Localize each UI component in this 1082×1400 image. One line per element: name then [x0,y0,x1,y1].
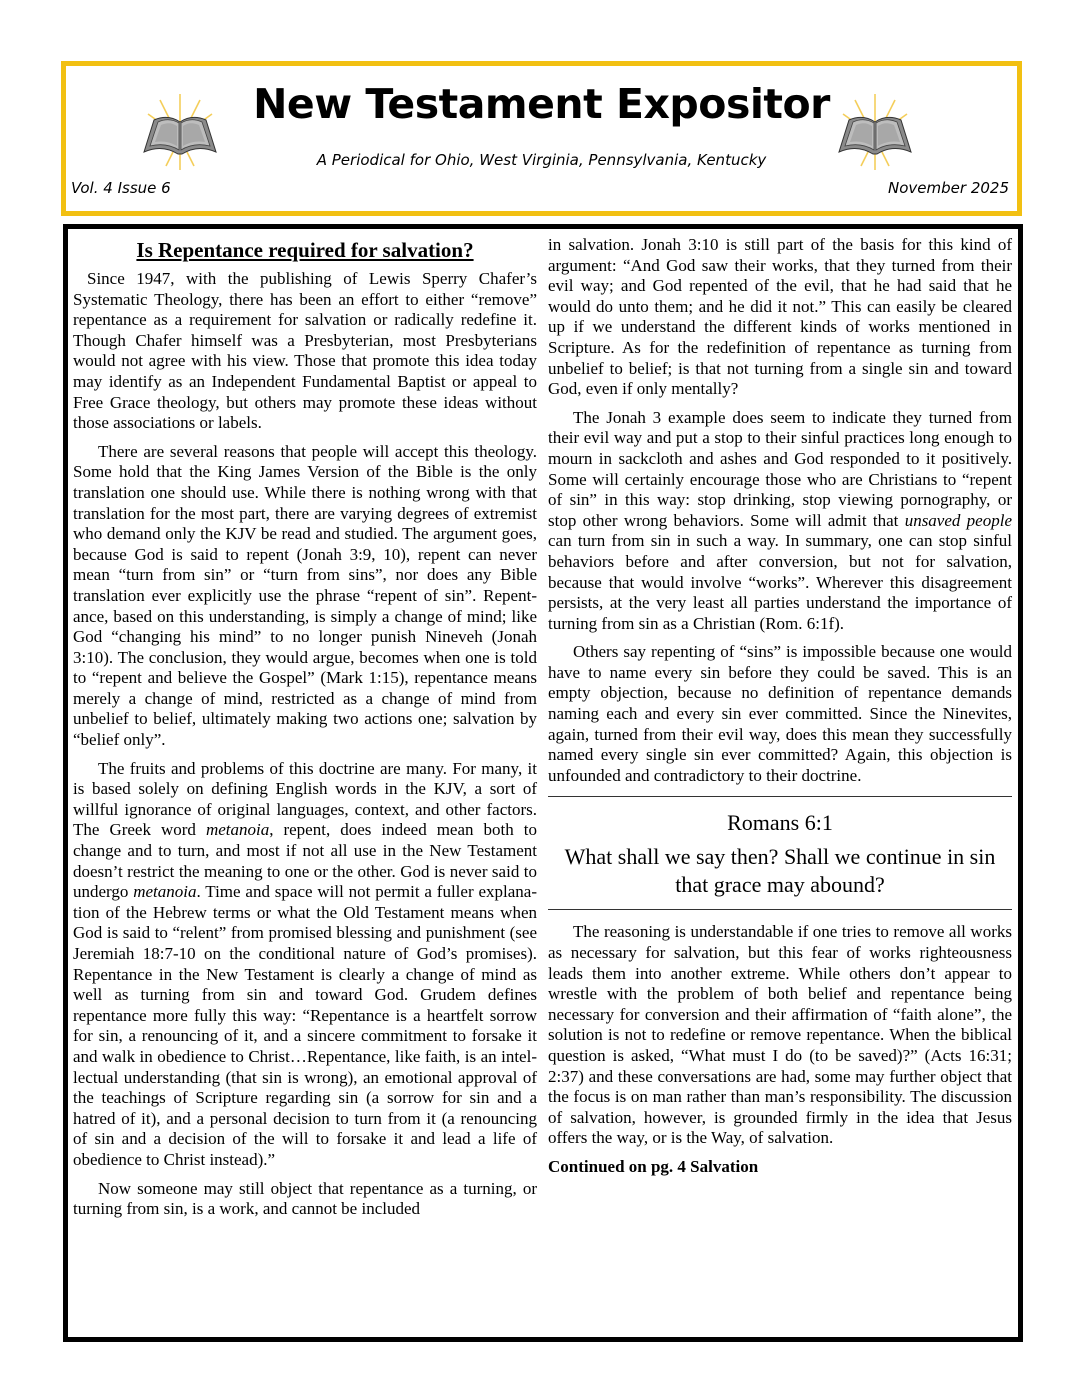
callout-verse: What shall we say then? Shall we continu… [548,843,1012,899]
masthead: New Testament Expositor A Periodical for… [61,61,1022,216]
open-bible-icon [835,92,915,172]
paragraph: Since 1947, with the publishing of Lewis… [73,269,537,434]
paragraph: There are several reasons that people wi… [73,442,537,751]
article-title: Is Repentance required for salvation? [73,237,537,263]
divider [548,796,1012,797]
divider [548,909,1012,910]
article-box: Is Repentance required for salvation? Si… [63,224,1023,1342]
continued-link: Continued on pg. 4 Salvation [548,1157,1012,1178]
italic-term: metanoia [206,820,269,839]
italic-term: metanoia [133,882,196,901]
paragraph: Now someone may still object that repent… [73,1179,537,1220]
issue-date: November 2025 [888,179,1009,197]
left-column: Is Repentance required for salvation? Si… [73,235,537,1228]
right-column: in salvation. Jonah 3:10 is still part o… [548,235,1012,1178]
paragraph: The fruits and problems of this doctrine… [73,759,537,1171]
text-run: . Time and space will not permit a fulle… [73,882,537,1169]
text-run: can turn from sin in such a way. In summ… [548,531,1012,632]
paragraph: The Jonah 3 example does seem to indicat… [548,408,1012,635]
paragraph: Others say repenting of “sins” is imposs… [548,642,1012,786]
italic-phrase: unsaved people [905,511,1012,530]
paragraph: The reasoning is understandable if one t… [548,922,1012,1149]
issue-volume: Vol. 4 Issue 6 [71,179,171,197]
paragraph: in salvation. Jonah 3:10 is still part o… [548,235,1012,400]
callout-reference: Romans 6:1 [548,809,1012,837]
